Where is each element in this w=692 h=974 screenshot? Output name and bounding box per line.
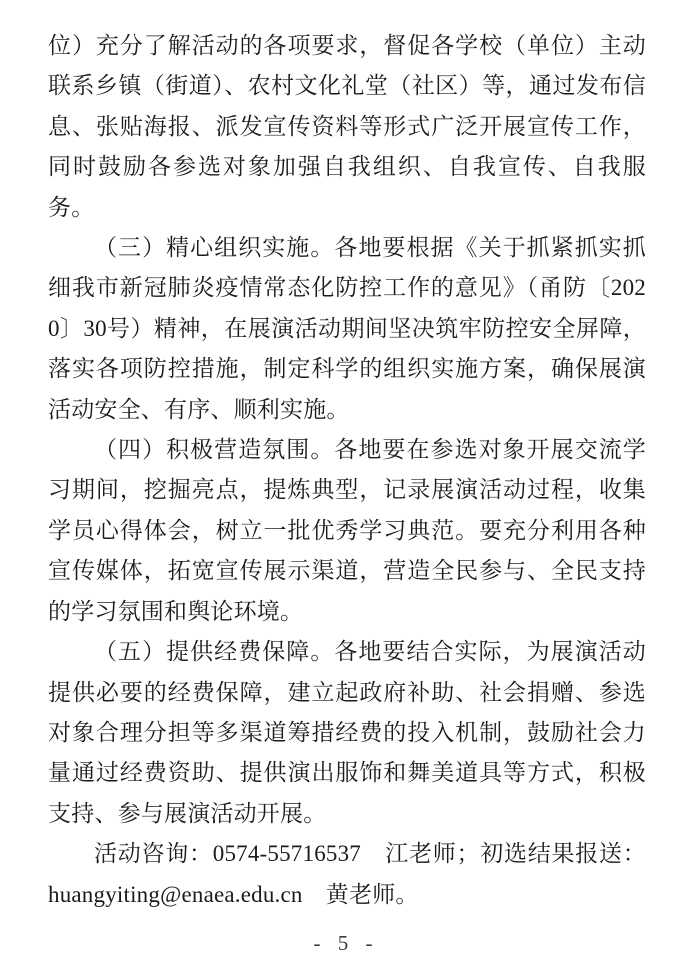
paragraph-contact-info: 活动咨询：0574-55716537 江老师；初选结果报送：huangyitin… [48, 834, 646, 915]
paragraph-item-three: （三）精心组织实施。各地要根据《关于抓紧抓实抓细我市新冠肺炎疫情常态化防控工作的… [48, 228, 646, 430]
page-number: - 5 - [314, 931, 379, 955]
paragraph-item-five: （五）提供经费保障。各地要结合实际，为展演活动提供必要的经费保障，建立起政府补助… [48, 632, 646, 834]
document-page: 位）充分了解活动的各项要求，督促各学校（单位）主动联系乡镇（街道）、农村文化礼堂… [0, 0, 692, 974]
paragraph-continuation: 位）充分了解活动的各项要求，督促各学校（单位）主动联系乡镇（街道）、农村文化礼堂… [48, 26, 646, 228]
page-footer: - 5 - [0, 931, 692, 956]
document-body: 位）充分了解活动的各项要求，督促各学校（单位）主动联系乡镇（街道）、农村文化礼堂… [48, 26, 646, 915]
paragraph-item-four: （四）积极营造氛围。各地要在参选对象开展交流学习期间，挖掘亮点，提炼典型，记录展… [48, 430, 646, 632]
